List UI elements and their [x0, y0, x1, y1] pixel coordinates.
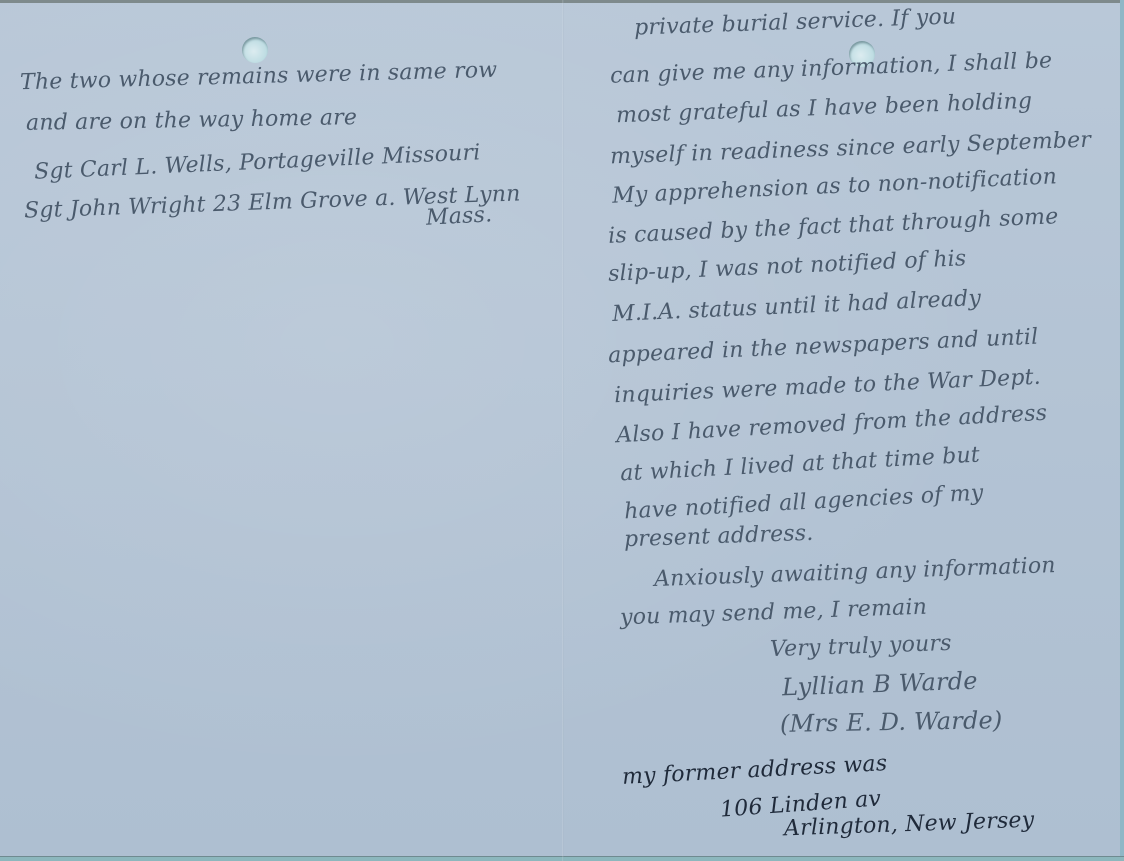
body-line: My apprehension as to non-notification [612, 164, 1058, 208]
body-line: present address. [624, 521, 814, 553]
body-line: have notified all agencies of my [624, 481, 984, 525]
closing-line: you may send me, I remain [620, 595, 928, 631]
body-line: inquiries were made to the War Dept. [614, 365, 1042, 409]
right-page: private burial service. If you can give … [566, 0, 1121, 861]
body-line: is caused by the fact that through some [608, 204, 1059, 249]
postscript-intro: my former address was [622, 751, 888, 790]
body-line: can give me any information, I shall be [610, 48, 1053, 88]
closing-line: Anxiously awaiting any information [654, 553, 1056, 592]
left-page: The two whose remains were in same row a… [0, 0, 560, 861]
body-line: Also I have removed from the address [616, 401, 1048, 449]
body-line: myself in readiness since early Septembe… [610, 128, 1092, 170]
valediction: Very truly yours [770, 631, 952, 662]
body-line: private burial service. If you [634, 4, 957, 40]
body-line: slip-up, I was not notified of his [608, 246, 967, 287]
body-line: at which I lived at that time but [620, 443, 981, 487]
left-line: The two whose remains were in same row [20, 58, 498, 95]
left-line: Mass. [425, 202, 492, 230]
body-line: M.I.A. status until it had already [612, 286, 982, 327]
signature: Lyllian B Warde [782, 667, 979, 702]
left-line: Sgt Carl L. Wells, Portageville Missouri [34, 140, 481, 184]
letter-photo: The two whose remains were in same row a… [0, 0, 1124, 861]
body-line: appeared in the newspapers and until [608, 325, 1039, 369]
left-line: and are on the way home are [26, 105, 358, 136]
signature-note: (Mrs E. D. Warde) [780, 706, 1003, 738]
center-fold-line [562, 0, 564, 861]
body-line: most grateful as I have been holding [616, 89, 1033, 129]
